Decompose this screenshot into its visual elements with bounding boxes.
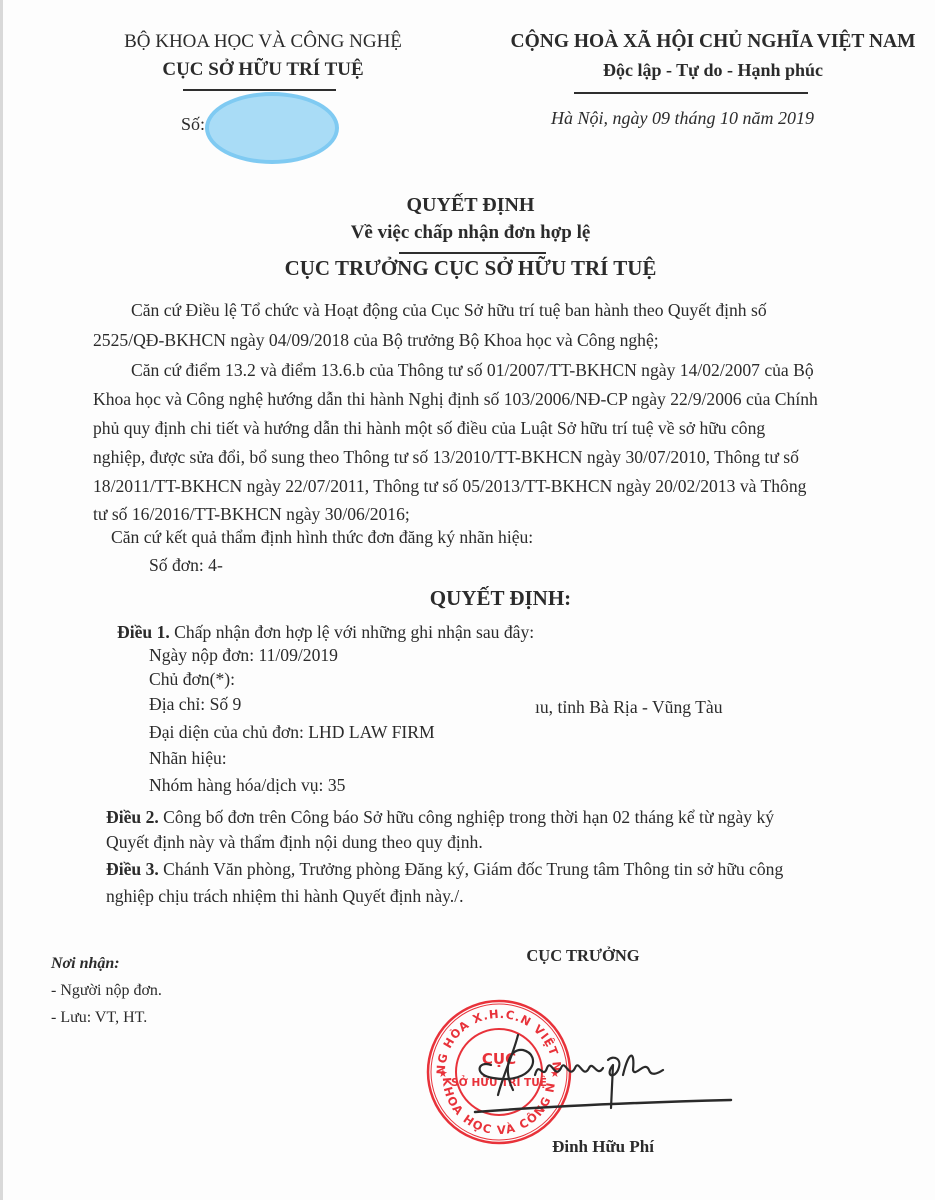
- country-name: CỘNG HOÀ XÃ HỘI CHỦ NGHĨA VIỆT NAM: [483, 28, 935, 56]
- document-subject: Về việc chấp nhận đơn hợp lệ: [3, 222, 935, 244]
- article-3-label: Điều 3.: [106, 859, 159, 879]
- recipient-item: - Lưu: VT, HT.: [51, 1004, 162, 1031]
- redacted-number: [205, 92, 339, 164]
- ministry-name: BỘ KHOA HỌC VÀ CÔNG NGHỆ: [63, 28, 463, 56]
- document-page: BỘ KHOA HỌC VÀ CÔNG NGHỆ CỤC SỞ HỮU TRÍ …: [0, 0, 935, 1200]
- article-2-text: Công bố đơn trên Công báo Sở hữu công ng…: [159, 807, 774, 827]
- document-number-label: Số:: [181, 114, 205, 135]
- article-3-text: Chánh Văn phòng, Trưởng phòng Đăng ký, G…: [159, 859, 783, 879]
- recipient-item: - Người nộp đơn.: [51, 977, 162, 1004]
- national-title-block: CỘNG HOÀ XÃ HỘI CHỦ NGHĨA VIỆT NAM Độc l…: [483, 28, 935, 84]
- motto-underline: [574, 92, 808, 94]
- signer-name: Đinh Hữu Phí: [403, 1137, 763, 1157]
- field-address: Địa chỉ: Số 9: [149, 690, 241, 720]
- recipients-title: Nơi nhận:: [51, 950, 162, 977]
- preamble-2-line-4: nghiệp, được sửa đổi, bổ sung theo Thông…: [93, 443, 799, 473]
- svg-text:★: ★: [438, 1067, 448, 1080]
- national-motto: Độc lập - Tự do - Hạnh phúc: [483, 56, 935, 84]
- issuer-block: BỘ KHOA HỌC VÀ CÔNG NGHỆ CỤC SỞ HỮU TRÍ …: [63, 28, 463, 84]
- issuer-underline: [183, 89, 336, 91]
- preamble-2-line-5: 18/2011/TT-BKHCN ngày 22/07/2011, Thông …: [93, 472, 806, 502]
- recipients-block: Nơi nhận: - Người nộp đơn. - Lưu: VT, HT…: [51, 950, 162, 1031]
- field-trademark: Nhãn hiệu:: [149, 744, 227, 774]
- article-1-text: Chấp nhận đơn hợp lệ với những ghi nhận …: [170, 622, 534, 642]
- preamble-2-line-3: phủ quy định chi tiết và hướng dẫn thi h…: [93, 414, 765, 444]
- field-goods-class: Nhóm hàng hóa/dịch vụ: 35: [149, 771, 345, 801]
- handwritten-signature-icon: [473, 1030, 733, 1120]
- subject-underline: [399, 252, 546, 254]
- preamble-1-line-1: Căn cứ Điều lệ Tổ chức và Hoạt động của …: [131, 296, 767, 326]
- decision-heading: QUYẾT ĐỊNH:: [3, 586, 935, 611]
- preamble-3: Căn cứ kết quả thẩm định hình thức đơn đ…: [111, 523, 533, 553]
- issuing-authority: CỤC TRƯỞNG CỤC SỞ HỮU TRÍ TUỆ: [3, 256, 935, 281]
- article-1-label: Điều 1.: [117, 622, 170, 642]
- signer-position: CỤC TRƯỞNG: [403, 946, 763, 966]
- place-date: Hà Nội, ngày 09 tháng 10 năm 2019: [551, 108, 814, 129]
- preamble-2-line-2: Khoa học và Công nghệ hướng dẫn thi hành…: [93, 385, 818, 415]
- preamble-1-line-2: 2525/QĐ-BKHCN ngày 04/09/2018 của Bộ trư…: [93, 326, 659, 356]
- preamble-2-line-1: Căn cứ điểm 13.2 và điểm 13.6.b của Thôn…: [131, 356, 814, 386]
- article-2-line-2: Quyết định này và thẩm định nội dung the…: [106, 828, 483, 858]
- article-2-label: Điều 2.: [106, 807, 159, 827]
- field-address-tail: ıu, tỉnh Bà Rịa - Vũng Tàu: [535, 693, 723, 723]
- article-3: Điều 3. Chánh Văn phòng, Trưởng phòng Đă…: [106, 855, 783, 885]
- document-type: QUYẾT ĐỊNH: [3, 194, 935, 217]
- application-number: Số đơn: 4-: [149, 551, 223, 581]
- agency-name: CỤC SỞ HỮU TRÍ TUỆ: [63, 56, 463, 84]
- article-3-line-2: nghiệp chịu trách nhiệm thi hành Quyết đ…: [106, 882, 464, 912]
